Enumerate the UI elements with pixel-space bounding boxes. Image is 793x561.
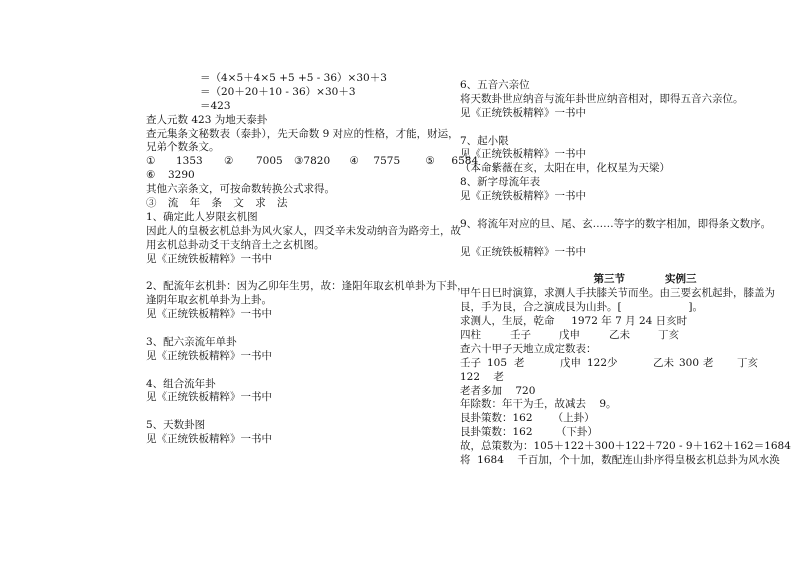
numbers-row-2: ⑥3290 [146,169,446,183]
value: 105 [487,357,514,371]
ganzhi: 戊申 [560,357,587,371]
number-mark: ② [214,155,254,169]
item-9-ref: 见《正统铁板精粹》一书中 [460,246,760,260]
gen-upper-count: 艮卦策数：162 （上卦） [460,412,760,426]
age: 老 [703,357,737,371]
item-7-ref: 见《正统铁板精粹》一书中 [460,148,760,162]
section-title: 实例三 [665,273,697,287]
age: 老 [514,357,560,371]
item-6-body: 将天数卦世应纳音与流年卦世应纳音相对，即得五音六亲位。 [460,93,760,107]
item-1-body: 用玄机总卦动爻干支纳音土之玄机图。 [146,239,446,253]
item-4-ref: 见《正统铁板精粹》一书中 [146,391,446,405]
elder-addition: 老者多加 720 [460,385,760,399]
item-4-title: 4、组合流年卦 [146,378,446,392]
paragraph-liuqin: 其他六亲条文，可按命数转换公式求得。 [146,183,446,197]
total-count: 故，总策数为：105＋122＋300＋122＋720 - 9＋162＋162＝1… [460,440,760,454]
item-3-ref: 见《正统铁板精粹》一书中 [146,350,446,364]
four-pillars-row: 四柱壬子戊申乙未丁亥 [460,329,760,343]
numbers-row-1: ①1353②7005③7820④7575⑤6584 [146,155,446,169]
number-mark: ⑥ [146,169,168,183]
item-7-title: 7、起小限 [460,135,760,149]
formula-line-3: ＝423 [146,100,446,114]
paragraph-yuanji-b: 兄弟个数条文。 [146,141,446,155]
number-mark: ④ [333,155,371,169]
table-row-2: 122 老 [460,371,760,385]
number-value: 3290 [168,169,195,183]
number-mark: ③ [286,155,303,169]
formula-line-2: ＝（20＋20＋10 - 36）×30＋3 [146,86,446,100]
example-table-intro: 查六十甲子天地立成定数表： [460,343,760,357]
item-1-body: 因此人的皇极玄机总卦为风火家人，四爻辛未发动纳音为路旁土，故 [146,225,446,239]
pillars-label: 四柱 [460,329,510,343]
right-column: 6、五音六亲位 将天数卦世应纳音与流年卦世应纳音相对，即得五音六亲位。 见《正统… [460,79,760,468]
paragraph-yuanji-a: 查元集条文秘数表（泰卦），先天命数 9 对应的性格，才能，财运， [146,128,446,142]
value: 122 [587,357,607,371]
item-1-title: 1、确定此人岁限玄机图 [146,211,446,225]
pillar-day: 乙未 [609,329,658,343]
item-2-title: 2、配流年玄机卦：因为乙卯年生男，故：逢阳年取玄机单卦为下卦， [146,280,446,294]
pillar-year: 壬子 [510,329,559,343]
item-2-ref: 见《正统铁板精粹》一书中 [146,308,446,322]
item-3-title: 3、配六亲流年单卦 [146,336,446,350]
number-mark: ⑤ [403,155,447,169]
table-row-1: 壬子105老戊申122少乙未300老丁亥 [460,357,760,371]
left-column: ＝（4×5＋4×5 +5 +5 - 36）×30＋3 ＝（20＋20＋10 - … [146,72,446,447]
final-hexagram: 将 1684 千百加，个十加，数配连山卦序得皇极玄机总卦为风水涣 [460,454,760,468]
number-value: 7575 [371,155,403,169]
item-6-ref: 见《正统铁板精粹》一书中 [460,107,760,121]
section-number: 第三节 [594,273,626,287]
item-9-title: 9、将流年对应的旦、尾、玄……等字的数字相加，即得条文数序。 [460,218,760,232]
gen-lower-count: 艮卦策数：162 （下卦） [460,426,760,440]
ganzhi: 乙未 [653,357,679,371]
number-mark: ① [146,155,168,169]
value: 300 [679,357,703,371]
section-heading: 第三节实例三 [460,273,760,287]
pillar-month: 戊申 [559,329,609,343]
ganzhi: 丁亥 [737,357,758,371]
example-paragraph-1b: 艮，手为艮，合之演成艮为山卦。[ ]。 [460,301,760,315]
section-title-liunian: ③ 流 年 条 文 求 法 [146,197,446,211]
number-value: 7820 [303,155,333,169]
item-6-title: 6、五音六亲位 [460,79,760,93]
example-birth-info: 求测人，生辰，乾命 1972 年 7 月 24 日亥时 [460,315,760,329]
year-deduction: 年除数：年干为壬，故减去 9。 [460,398,760,412]
item-8-ref: 见《正统铁板精粹》一书中 [460,190,760,204]
age: 少 [607,357,653,371]
ganzhi: 壬子 [460,357,487,371]
document-page: ＝（4×5＋4×5 +5 +5 - 36）×30＋3 ＝（20＋20＋10 - … [0,0,793,561]
item-7-note: （本命紫薇在亥，太阳在申，化权星为天梁） [460,162,760,176]
number-value: 7005 [254,155,286,169]
pillar-hour: 丁亥 [658,329,679,343]
formula-line-1: ＝（4×5＋4×5 +5 +5 - 36）×30＋3 [146,72,446,86]
item-5-title: 5、天数卦图 [146,419,446,433]
paragraph-renyuan: 查人元数 423 为地天泰卦 [146,114,446,128]
item-1-ref: 见《正统铁板精粹》一书中 [146,253,446,267]
item-2-body: 逢阴年取玄机单卦为上卦。 [146,294,446,308]
item-5-ref: 见《正统铁板精粹》一书中 [146,433,446,447]
item-8-title: 8、新字母流年表 [460,176,760,190]
number-value: 1353 [168,155,214,169]
example-paragraph-1a: 甲午日巳时演算，求测人手扶膝关节而坐。由三要玄机起卦，膝盖为 [460,287,760,301]
